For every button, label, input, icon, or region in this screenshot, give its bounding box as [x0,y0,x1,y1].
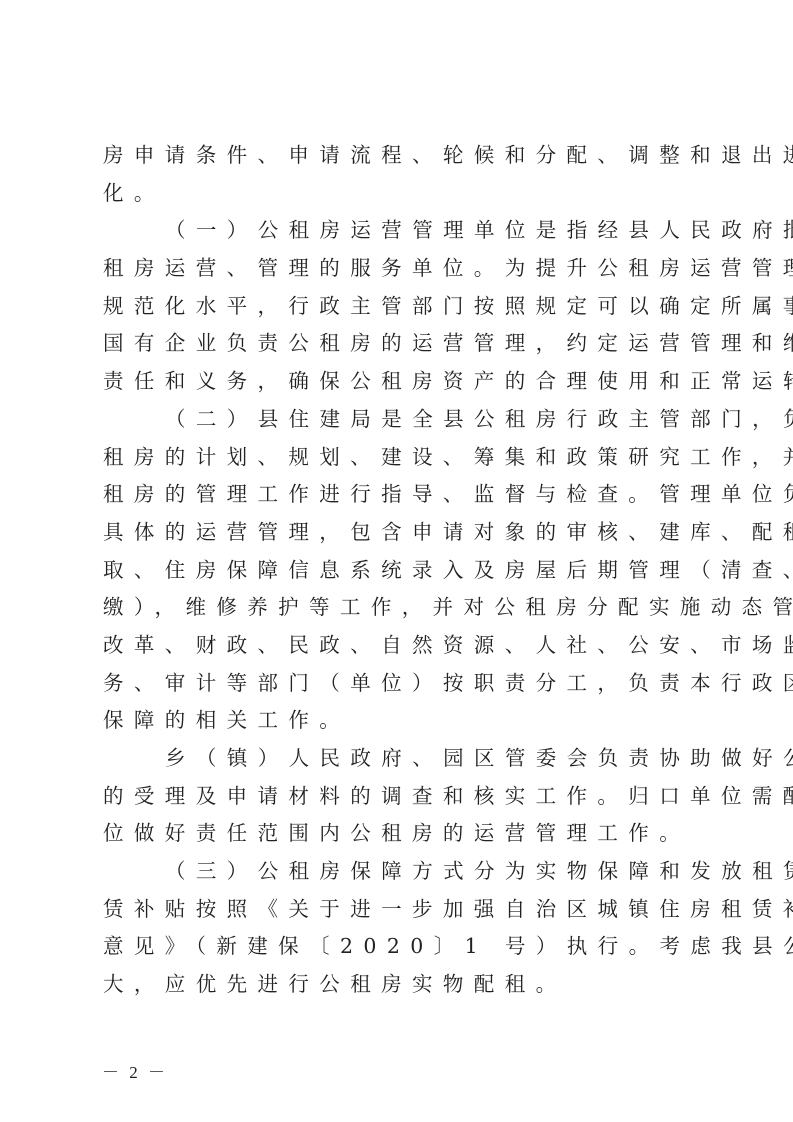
text-line: 租房的计划、规划、建设、筹集和政策研究工作，并对本县公 [103,439,703,477]
text-line: 责任和义务，确保公租房资产的合理使用和正常运转。 [103,363,703,401]
text-line: 保障的相关工作。 [103,702,703,740]
text-line: 赁补贴按照《关于进一步加强自治区城镇住房租赁补贴工作的 [103,891,703,929]
paragraph-first-line: （三）公租房保障方式分为实物保障和发放租赁补贴，租 [103,853,703,891]
text-line: 的受理及申请材料的调查和核实工作。归口单位需配合管理单 [103,778,703,816]
text-line: 取、住房保障信息系统录入及房屋后期管理（清查、清退、清 [103,552,703,590]
page-number: － 2 － [102,1058,168,1083]
body-text: 房申请条件、申请流程、轮候和分配、调整和退出进一步细 化。 （一）公租房运营管理… [103,137,703,1004]
document-page: 房申请条件、申请流程、轮候和分配、调整和退出进一步细 化。 （一）公租房运营管理… [0,0,793,1122]
text-line: 改革、财政、民政、自然资源、人社、公安、市场监管、税 [103,627,703,665]
text-line: 具体的运营管理，包含申请对象的审核、建库、配租、租金收 [103,514,703,552]
text-line: 规范化水平，行政主管部门按照规定可以确定所属事业单位或 [103,288,703,326]
text-line: 务、审计等部门（单位）按职责分工，负责本行政区域内住房 [103,665,703,703]
text-line: 租房的管理工作进行指导、监督与检查。管理单位负责公租房 [103,476,703,514]
paragraph-first-line: 乡（镇）人民政府、园区管委会负责协助做好公租房申请 [103,740,703,778]
text-line: 化。 [103,175,703,213]
text-line: 缴），维修养护等工作，并对公租房分配实施动态管理。发展 [103,589,703,627]
text-line: 位做好责任范围内公租房的运营管理工作。 [103,815,703,853]
paragraph-first-line: （二）县住建局是全县公租房行政主管部门，负责协调公 [103,401,703,439]
text-line: 意见》（新建保〔2020〕1 号）执行。考虑我县公租房存量较 [103,928,703,966]
text-line: 房申请条件、申请流程、轮候和分配、调整和退出进一步细 [103,137,703,175]
paragraph-first-line: （一）公租房运营管理单位是指经县人民政府批准实施公 [103,212,703,250]
text-line: 国有企业负责公租房的运营管理，约定运营管理和维护等方面 [103,325,703,363]
text-line: 大，应优先进行公租房实物配租。 [103,966,703,1004]
text-line: 租房运营、管理的服务单位。为提升公租房运营管理专业化、 [103,250,703,288]
